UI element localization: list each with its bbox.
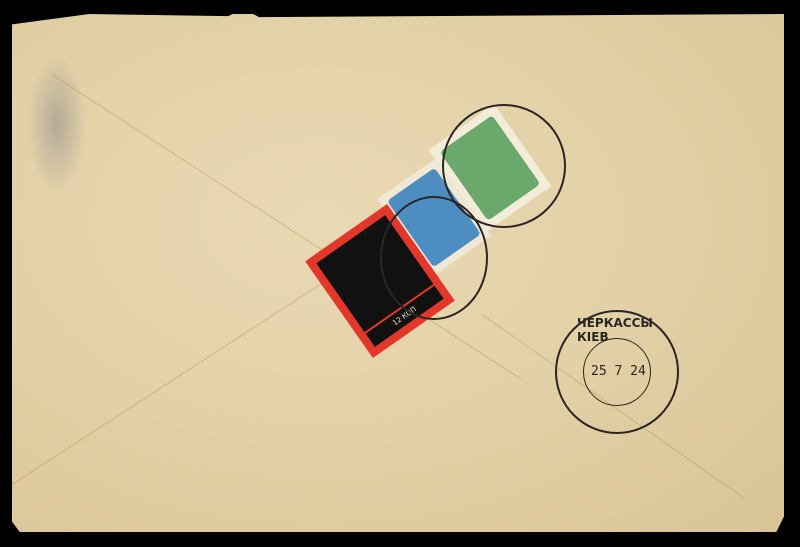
postmark-ring-text: ЧЕРКАССЫ КIЕВ xyxy=(577,316,677,344)
postmark-date: 25 7 24 xyxy=(591,364,646,379)
postmark-cherkassy: 25 7 24 ЧЕРКАССЫ КIЕВ xyxy=(555,310,679,434)
postmark-middle xyxy=(380,196,488,320)
ink-smudge xyxy=(27,54,87,194)
